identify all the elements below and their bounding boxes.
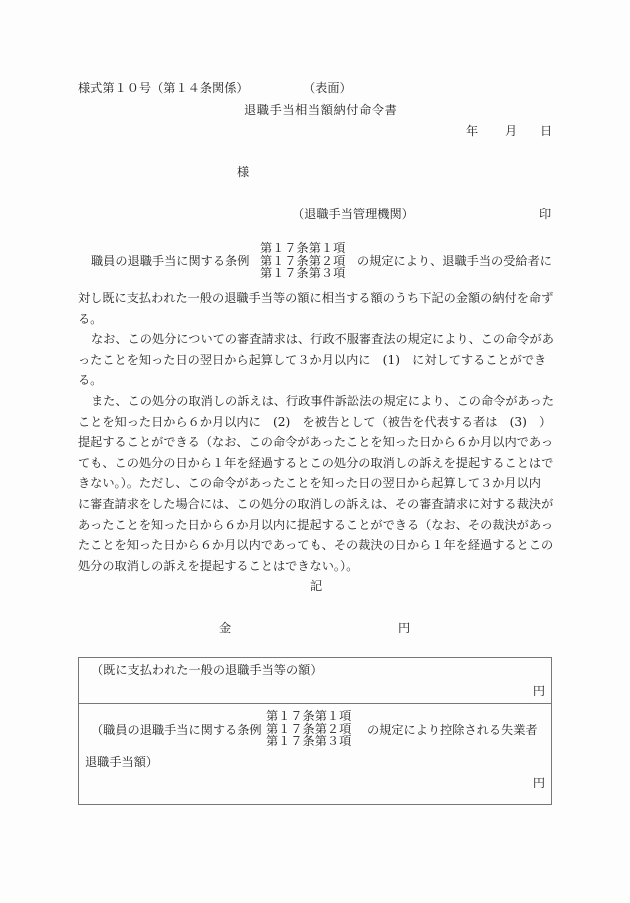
table-divider: [79, 703, 551, 704]
text-line: きない。）。ただし、この命令があったことを知った日の翌日から起算して３か月以内: [78, 473, 554, 494]
text-line: ても、この処分の日から１年を経過するとこの処分の取消しの訴えを提起することはで: [78, 453, 554, 474]
text-line: ことを知った日から６か月以内に (2) を被告として（被告を代表する者は (3)…: [78, 412, 554, 433]
clause-option: 第１７条第３項: [266, 735, 351, 748]
issuer-label: （退職手当管理機関）: [292, 208, 414, 220]
appeal-paragraph: なお、この処分についての審査請求は、行政不服審査法の規定により、この命令があ っ…: [78, 329, 554, 391]
text-line: る。: [78, 309, 554, 330]
amount-unit: 円: [398, 622, 410, 634]
clause-option: 第１７条第３項: [260, 267, 345, 280]
paid-amount-unit: 円: [533, 685, 545, 697]
intro-paragraph: 対し既に支払われた一般の退職手当等の額に相当する額のうち下記の金額の納付を命ず …: [78, 288, 554, 329]
intro-tail: の規定により、退職手当の受給者に: [357, 255, 552, 267]
deduction-lead: （職員の退職手当に関する条例: [91, 724, 262, 736]
date-year-label: 年: [466, 125, 478, 137]
amount-breakdown-table: （既に支払われた一般の退職手当等の額） 円 （職員の退職手当に関する条例 第１７…: [78, 657, 552, 805]
addressee-suffix: 様: [237, 166, 249, 178]
date-month-label: 月: [505, 125, 517, 137]
amount-prefix: 金: [219, 622, 231, 634]
paid-amount-label: （既に支払われた一般の退職手当等の額）: [91, 664, 323, 676]
document-title: 退職手当相当額納付命令書: [244, 104, 397, 116]
clause-option: 第１７条第１項: [260, 242, 345, 255]
text-line: たことを知った日から６か月以内であっても、その裁決の日から１年を経過するとこの: [78, 535, 554, 556]
date-day-label: 日: [540, 125, 552, 137]
form-number: 様式第１０号（第１４条関係）: [78, 82, 249, 94]
record-heading: 記: [310, 580, 322, 592]
lawsuit-paragraph: また、この処分の取消しの訴えは、行政事件訴訟法の規定により、この命令があった こ…: [78, 391, 554, 576]
deduction-clause-stack: 第１７条第１項 第１７条第２項 第１７条第３項: [266, 710, 351, 748]
text-line: に審査請求をした場合には、この処分の取消しの訴えは、その審査請求に対する裁決が: [78, 494, 554, 515]
text-line: 対し既に支払われた一般の退職手当等の額に相当する額のうち下記の金額の納付を命ず: [78, 288, 554, 309]
side-label: （表面）: [303, 82, 352, 94]
text-line: ったことを知った日の翌日から起算して３か月以内に (1) に対してすることができ: [78, 350, 554, 371]
intro-clause-stack: 第１７条第１項 第１７条第２項 第１７条第３項: [260, 242, 345, 280]
intro-lead: 職員の退職手当に関する条例: [91, 255, 249, 267]
text-line: なお、この処分についての審査請求は、行政不服審査法の規定により、この命令があ: [78, 329, 554, 350]
text-line: る。: [78, 370, 554, 391]
deduction-line2: 退職手当額）: [85, 756, 158, 768]
text-line: 提起することができる（なお、この命令があったことを知った日から６か月以内であっ: [78, 432, 554, 453]
text-line: 処分の取消しの訴えを提起することはできない。）。: [78, 556, 554, 577]
text-line: あったことを知った日から６か月以内に提起することができる（なお、その裁決があっ: [78, 515, 554, 536]
text-line: また、この処分の取消しの訴えは、行政事件訴訟法の規定により、この命令があった: [78, 391, 554, 412]
deduction-unit: 円: [533, 777, 545, 789]
seal-label: 印: [539, 208, 551, 220]
clause-option: 第１７条第１項: [266, 710, 351, 723]
deduction-tail: の規定により控除される失業者: [367, 724, 538, 736]
